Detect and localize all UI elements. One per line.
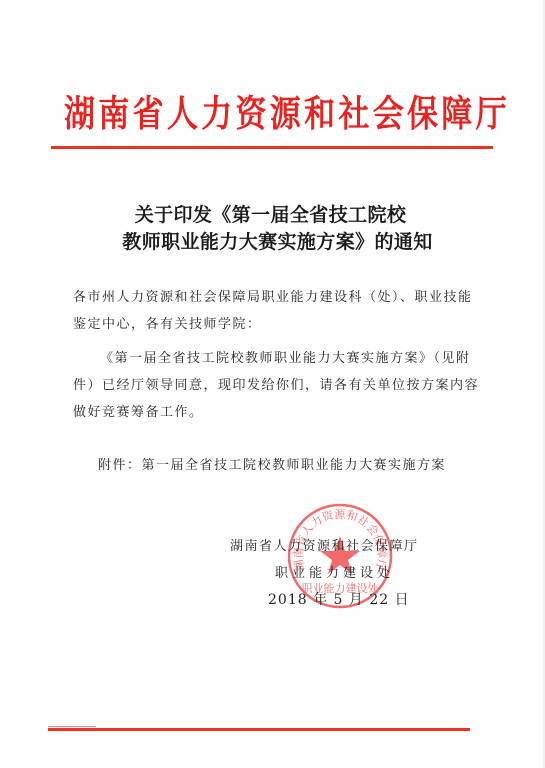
addressee-line-1: 各市州人力资源和社会保障局职业能力建设科（处）、职业技能 bbox=[73, 290, 473, 306]
signature-department: 职业能力建设处 bbox=[275, 566, 394, 582]
body-paragraph-line-1: 《第一届全省技工院校教师职业能力大赛实施方案》（见附 bbox=[100, 351, 471, 367]
document-page: 湖南省人力资源和社会保障厅 关于印发《第一届全省技工院校 教师职业能力大赛实施方… bbox=[0, 0, 545, 768]
document-title-line-1: 关于印发《第一届全省技工院校 bbox=[0, 200, 543, 227]
signature-date: 2018 年 5 月 22 日 bbox=[268, 592, 410, 608]
footer-rule-accent bbox=[48, 726, 96, 727]
body-paragraph-line-2: 件）已经厅领导同意，现印发给你们，请各有关单位按方案内容 bbox=[73, 378, 479, 394]
letterhead-rule bbox=[51, 146, 493, 149]
addressee-line-2: 鉴定中心，各有关技师学院： bbox=[73, 317, 262, 333]
letterhead-title: 湖南省人力资源和社会保障厅 bbox=[64, 88, 484, 140]
footer-rule bbox=[48, 728, 470, 731]
attachment-line: 附件：第一届全省技工院校教师职业能力大赛实施方案 bbox=[98, 458, 446, 474]
document-title-line-2: 教师职业能力大赛实施方案》的通知 bbox=[5, 227, 545, 254]
body-paragraph-line-3: 做好竞赛筹备工作。 bbox=[73, 405, 204, 421]
signature-issuer: 湖南省人力资源和社会保障厅 bbox=[230, 539, 419, 555]
